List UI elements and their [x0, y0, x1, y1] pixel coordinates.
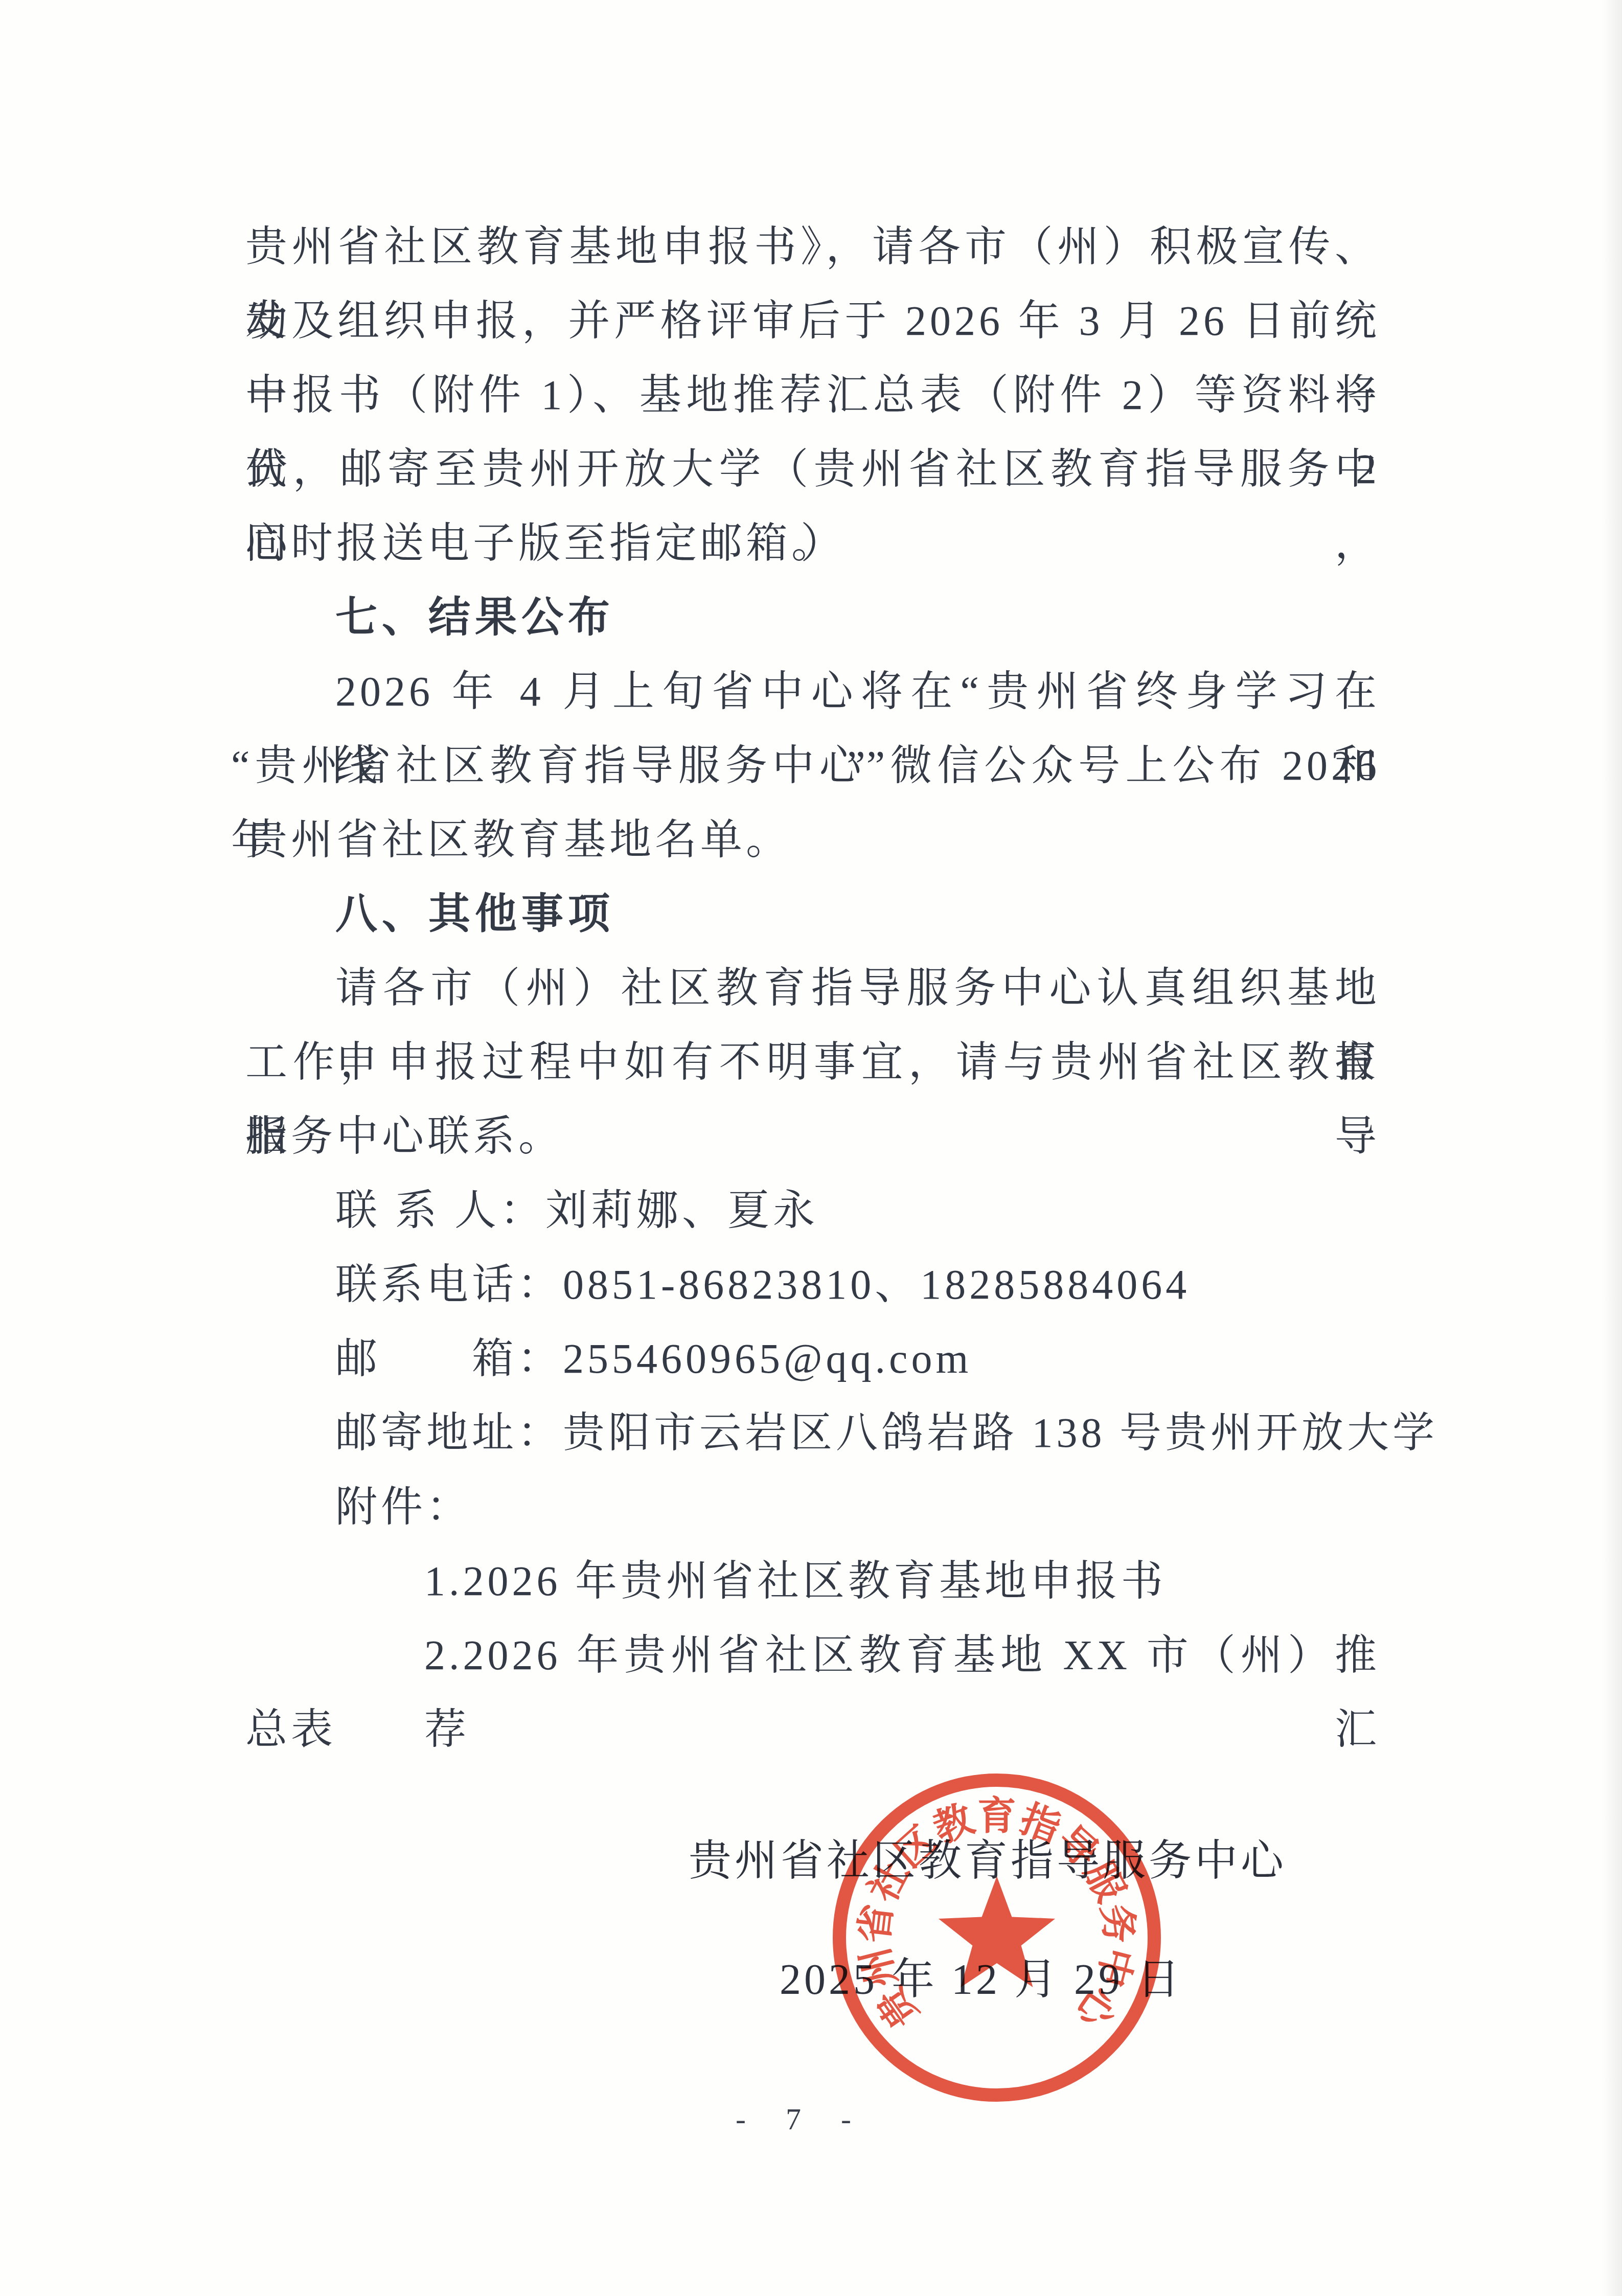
document-page: 贵州省社区教育基地申报书》，请各市（州）积极宣传、发动及组织申报，并严格评审后于…	[0, 0, 1622, 2296]
text-line: 总表	[245, 1692, 336, 1766]
text-line: 工作，申报过程中如有不明事宜，请与贵州省社区教育指导	[245, 1025, 1380, 1099]
text-line: 2.2026 年贵州省社区教育基地 XX 市（州）推荐汇	[424, 1618, 1380, 1692]
text-line: 动及组织申报，并严格评审后于 2026 年 3 月 26 日前统一将	[245, 284, 1380, 358]
seal-text-char: 务	[1093, 1902, 1141, 1945]
section-heading: 七、结果公布	[335, 580, 614, 654]
official-seal-stamp: 贵州省社区教育指导服务中心	[823, 1764, 1171, 2111]
section-heading: 八、其他事项	[335, 877, 614, 951]
text-line: 同时报送电子版至指定邮箱。	[245, 506, 837, 580]
text-line: 服务中心联系。	[245, 1099, 564, 1173]
text-line: 请各市（州）社区教育指导服务中心认真组织基地申报	[335, 951, 1380, 1025]
text-line: 贵州省社区教育基地申报书》，请各市（州）积极宣传、发	[245, 210, 1380, 284]
seal-text-char: 育	[977, 1794, 1016, 1838]
text-line: 邮 箱：255460965@qq.com	[335, 1322, 972, 1396]
text-line: 联系电话：0851-86823810、18285884064	[335, 1247, 1190, 1322]
text-line: “贵州省社区教育指导服务中心”微信公众号上公布 2026 年	[231, 729, 1380, 803]
page-number: - 7 -	[705, 2096, 889, 2142]
text-line: 邮寄地址：贵阳市云岩区八鸽岩路 138 号贵州开放大学	[335, 1396, 1438, 1470]
text-line: 附件：	[335, 1470, 472, 1544]
text-line: 申报书（附件 1）、基地推荐汇总表（附件 2）等资料一式 2	[245, 358, 1380, 432]
text-line: 2026 年 4 月上旬省中心将在“贵州省终身学习在线”和	[335, 654, 1380, 729]
text-line: 联 系 人：刘莉娜、夏永	[335, 1173, 818, 1247]
seal-star	[939, 1876, 1055, 1987]
seal-text-char: 省	[852, 1902, 900, 1945]
text-line: 1.2026 年贵州省社区教育基地申报书	[424, 1544, 1167, 1618]
text-line: 贵州省社区教育基地名单。	[245, 803, 791, 877]
text-line: 份，邮寄至贵州开放大学（贵州省社区教育指导服务中心），	[245, 432, 1380, 506]
